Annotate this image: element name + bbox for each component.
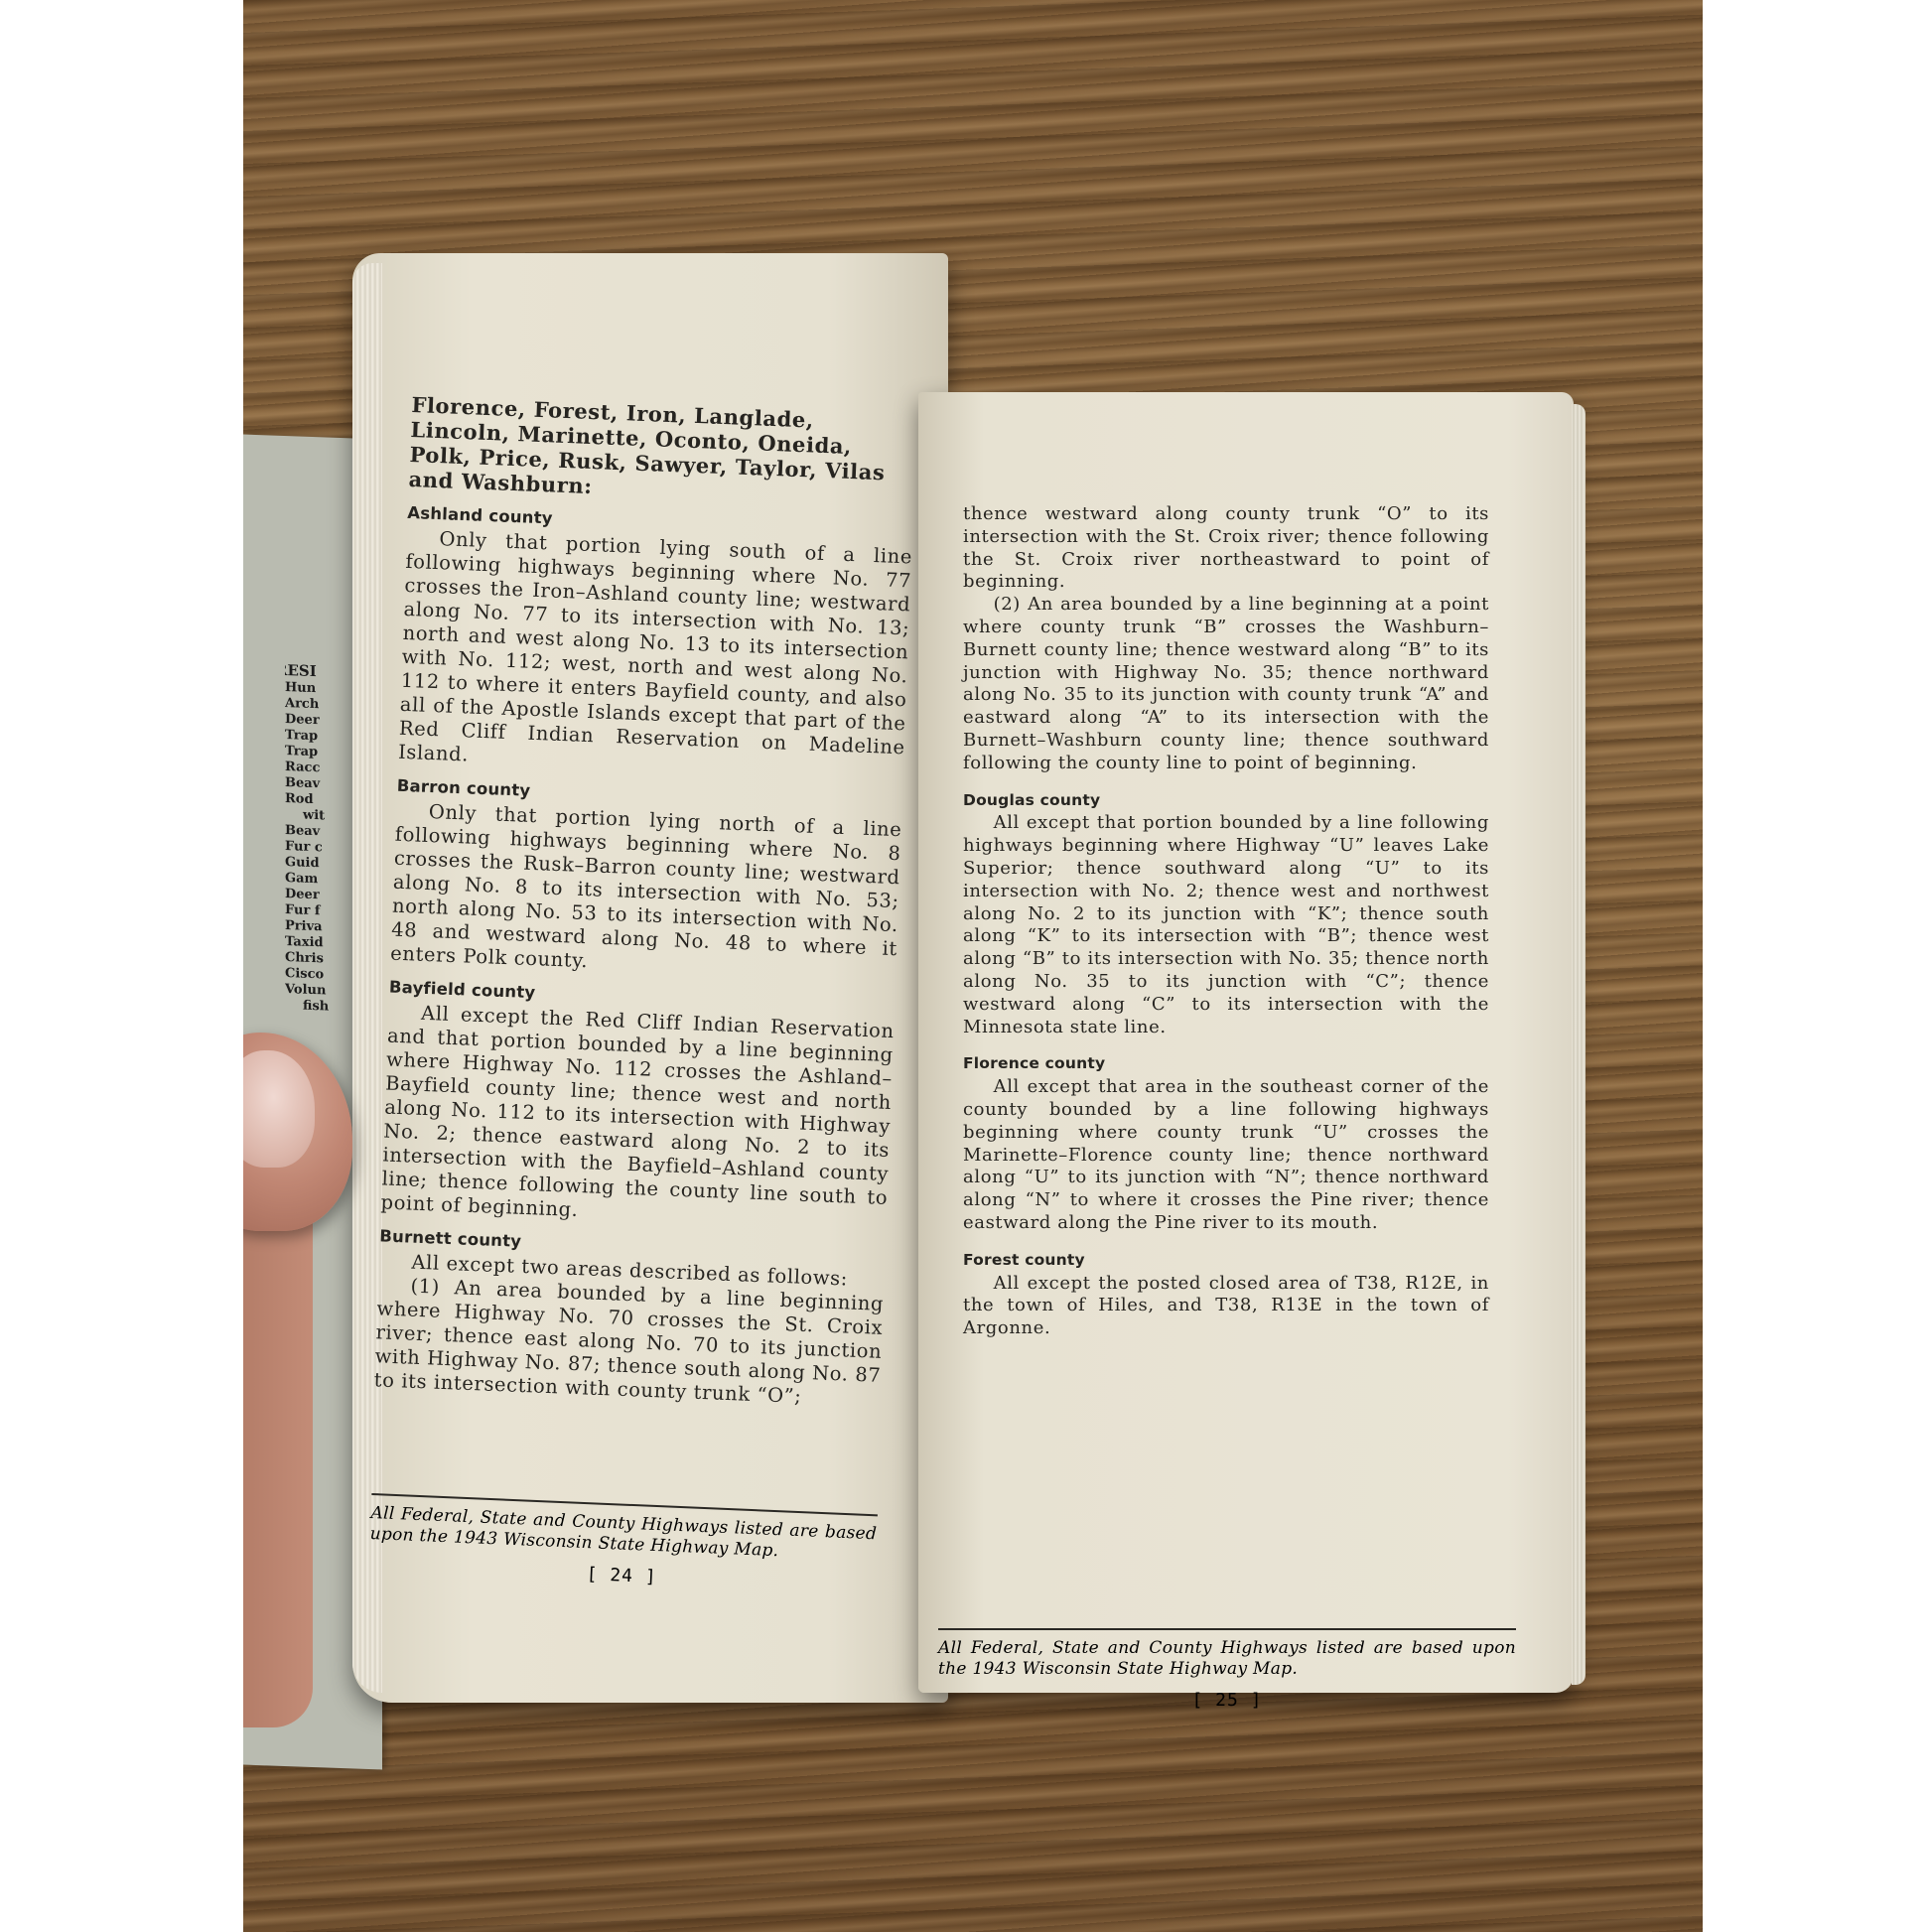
county-heading-douglas: Douglas county [963, 789, 1489, 812]
right-page-footer: All Federal, State and County Highways l… [938, 1628, 1516, 1711]
county-list-intro: Florence, Forest, Iron, Langlade, Lincol… [408, 392, 917, 511]
thumbnail [243, 1050, 315, 1168]
county-description: All except the posted closed area of T38… [963, 1273, 1489, 1340]
footer-divider [938, 1628, 1516, 1630]
left-page[interactable]: Florence, Forest, Iron, Langlade, Lincol… [352, 253, 948, 1703]
right-page-body: thence westward along county trunk “O” t… [963, 503, 1489, 1340]
county-heading-forest: Forest county [963, 1249, 1489, 1272]
left-page-body: Florence, Forest, Iron, Langlade, Lincol… [373, 392, 917, 1412]
continued-description: (2) An area bounded by a line beginning … [963, 594, 1489, 774]
page-edges [1572, 404, 1586, 1685]
open-booklet: Florence, Forest, Iron, Langlade, Lincol… [343, 253, 1584, 1703]
county-description: All except that portion bounded by a lin… [963, 812, 1489, 1038]
county-heading-florence: Florence county [963, 1052, 1489, 1075]
photo: RESI Hun Arch Deer Trap Trap Racc Beav R… [243, 0, 1703, 1932]
county-description: All except that area in the southeast co… [963, 1076, 1489, 1235]
continued-description: thence westward along county trunk “O” t… [963, 503, 1489, 594]
county-description: Only that portion lying north of a line … [390, 799, 902, 985]
left-page-footer: All Federal, State and County Highways l… [368, 1479, 879, 1596]
page-number: [ 25 ] [938, 1690, 1516, 1711]
county-description: All except the Red Cliff Indian Reservat… [380, 1001, 895, 1234]
page-edges [352, 263, 382, 1693]
right-page[interactable]: thence westward along county trunk “O” t… [918, 392, 1574, 1693]
county-description: (1) An area bounded by a line beginning … [373, 1273, 884, 1411]
hand [243, 1172, 313, 1727]
footnote: All Federal, State and County Highways l… [938, 1638, 1516, 1680]
county-description: Only that portion lying south of a line … [398, 526, 913, 783]
